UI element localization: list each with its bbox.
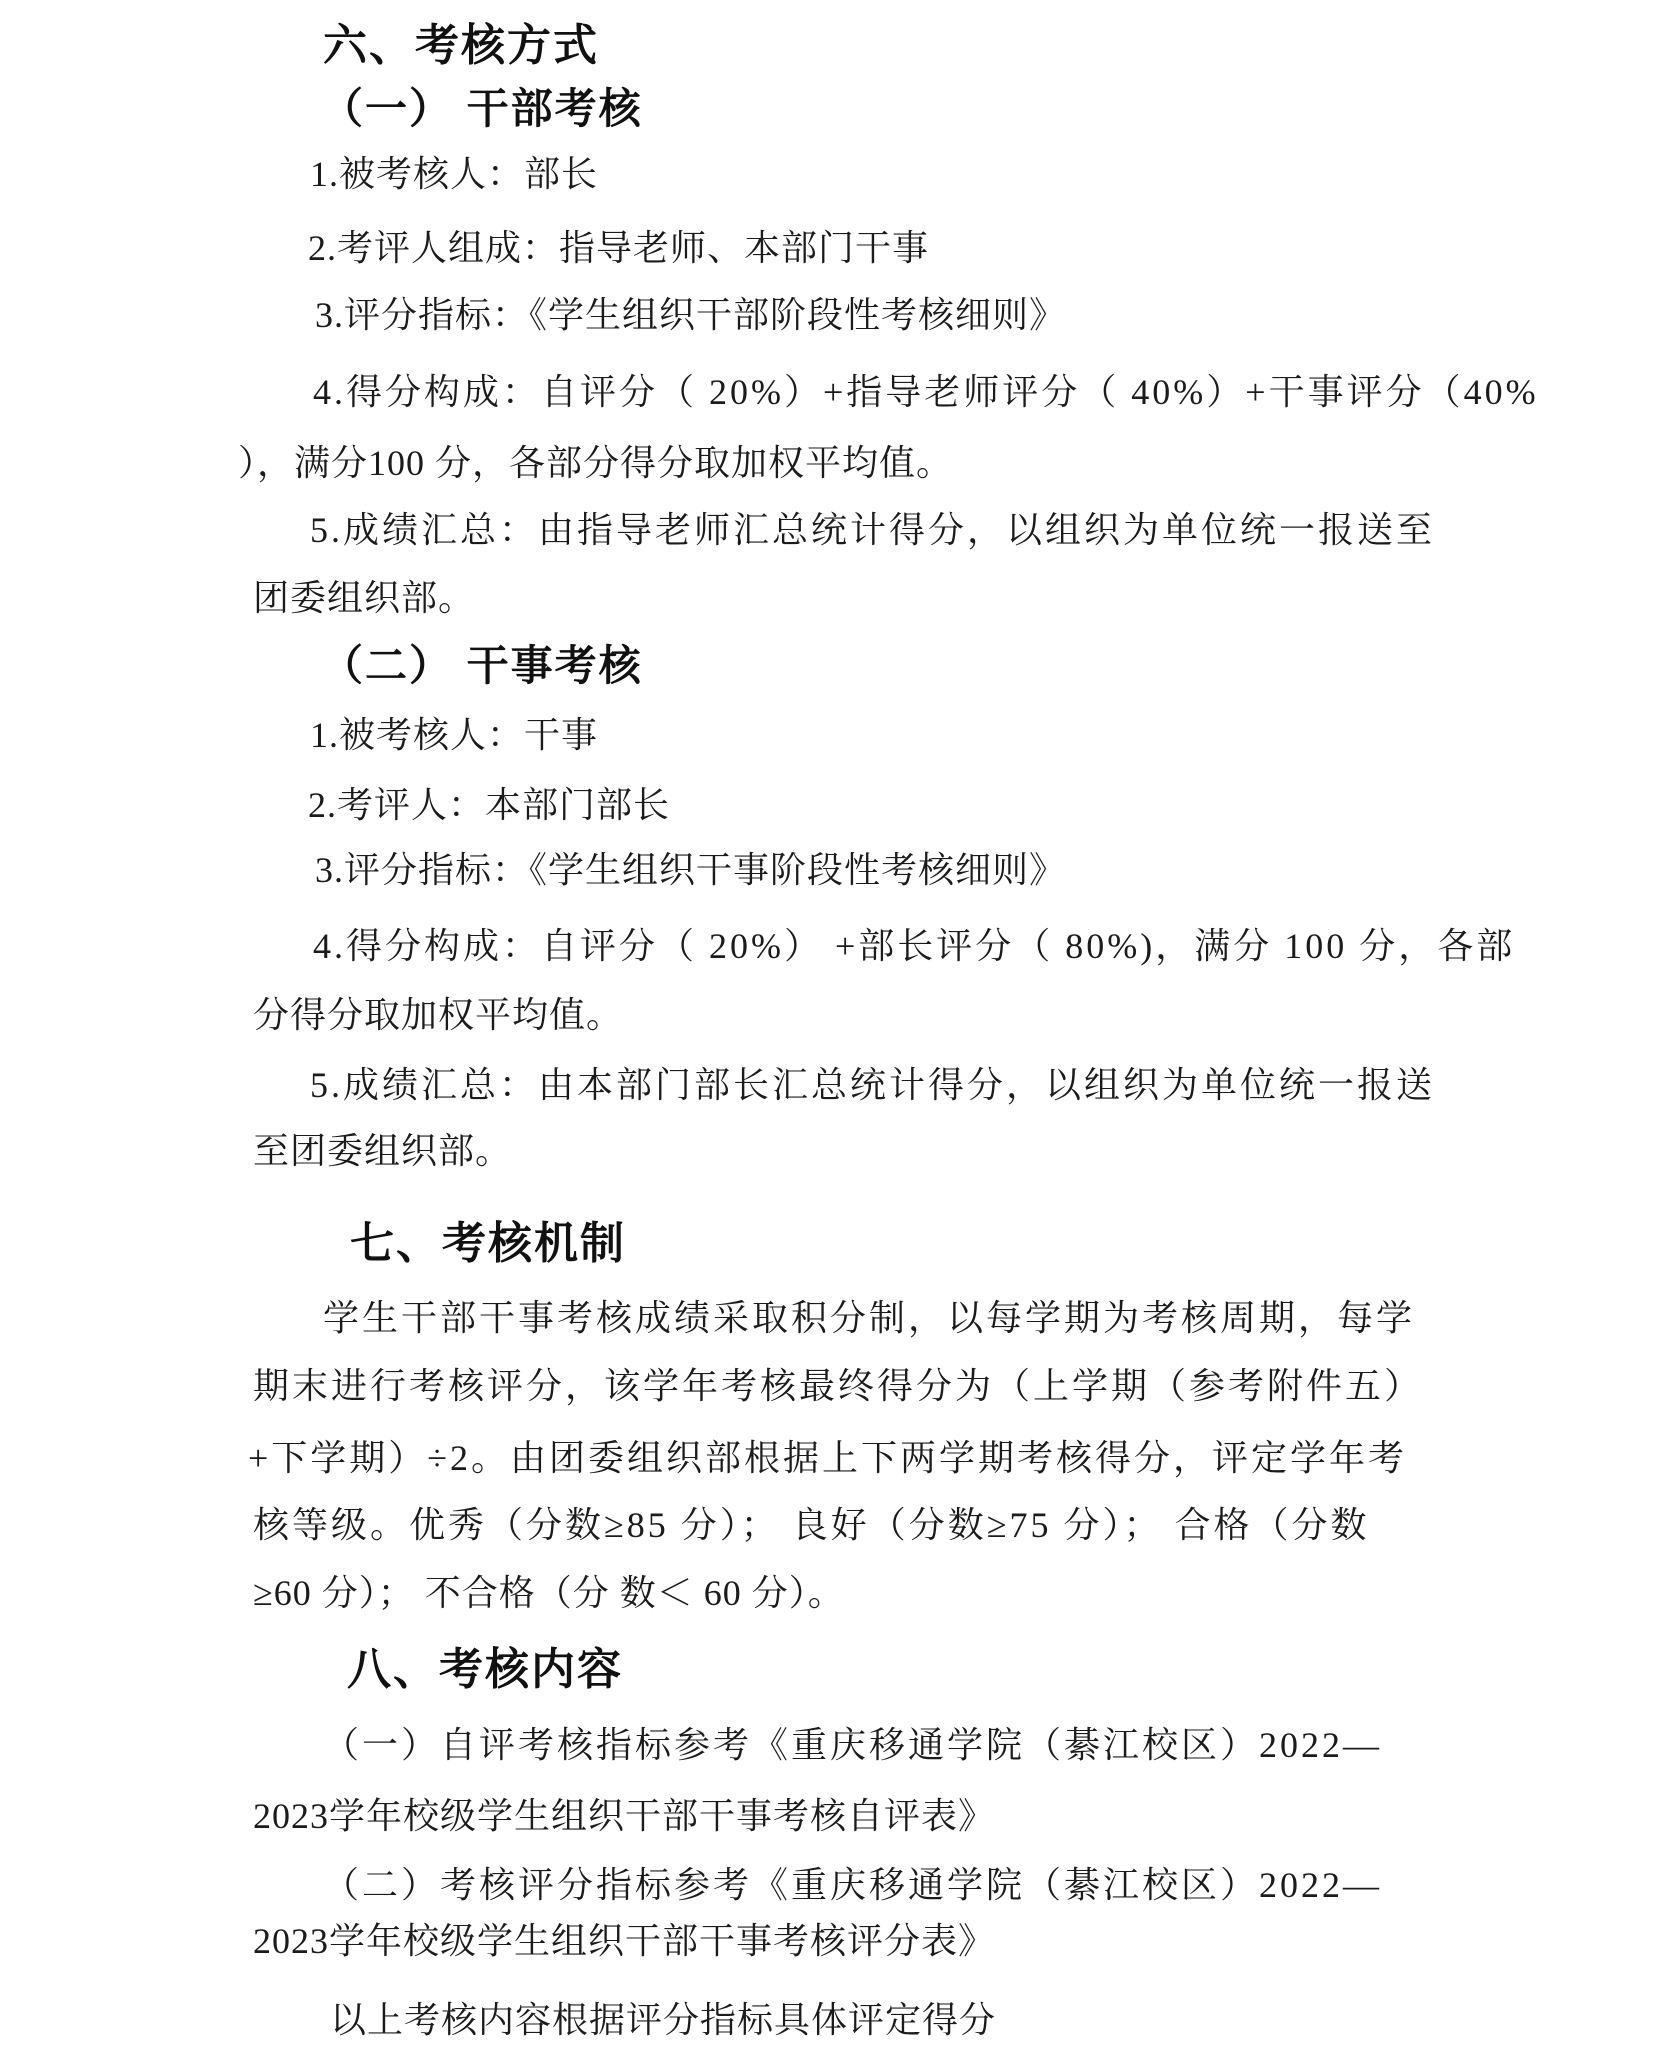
mechanism-para-line-1: 学生干部干事考核成绩采取积分制，以每学期为考核周期，每学 bbox=[323, 1296, 1415, 1341]
mechanism-para-line-3: +下学期）÷2。由团委组织部根据上下两学期考核得分，评定学年考 bbox=[248, 1436, 1407, 1481]
staff-item-2: 2.考评人：本部门部长 bbox=[308, 783, 670, 828]
cadre-item-2: 2.考评人组成：指导老师、本部门干事 bbox=[308, 226, 929, 271]
cadre-item-5-line-1: 5.成绩汇总：由指导老师汇总统计得分，以组织为单位统一报送至 bbox=[310, 508, 1435, 553]
staff-item-1: 1.被考核人：干事 bbox=[310, 713, 598, 758]
content-item-1-line-1: （一）自评考核指标参考《重庆移通学院（綦江校区）2022— bbox=[323, 1723, 1382, 1768]
section-8-heading: 八、考核内容 bbox=[347, 1642, 623, 1697]
section-6-sub-1-heading: （一） 干部考核 bbox=[321, 83, 643, 136]
cadre-item-5-line-2: 团委组织部。 bbox=[253, 576, 475, 621]
staff-item-4-line-2: 分得分取加权平均值。 bbox=[253, 993, 623, 1038]
cadre-item-4-line-2: ），满分100 分，各部分得分取加权平均值。 bbox=[238, 441, 953, 486]
staff-item-4-line-1: 4.得分构成：自评分（ 20%） +部长评分（ 80%)，满分 100 分，各部 bbox=[313, 924, 1515, 969]
content-item-1-line-2: 2023学年校级学生组织干部干事考核自评表》 bbox=[253, 1794, 995, 1839]
cadre-item-4-line-1: 4.得分构成：自评分（ 20%）+指导老师评分（ 40%）+干事评分（40% bbox=[313, 370, 1539, 415]
mechanism-para-line-4: 核等级。优秀（分数≥85 分）； 良好（分数≥75 分）； 合格（分数 bbox=[253, 1503, 1370, 1548]
mechanism-para-line-2: 期末进行考核评分，该学年考核最终得分为（上学期（参考附件五） bbox=[253, 1364, 1423, 1409]
staff-item-5-line-1: 5.成绩汇总：由本部门部长汇总统计得分，以组织为单位统一报送 bbox=[310, 1063, 1435, 1108]
section-6-heading: 六、考核方式 bbox=[323, 18, 599, 73]
document-page: 六、考核方式 （一） 干部考核 1.被考核人：部长 2.考评人组成：指导老师、本… bbox=[0, 0, 1654, 2053]
staff-item-3: 3.评分指标：《学生组织干事阶段性考核细则》 bbox=[315, 848, 1066, 893]
content-closing-line: 以上考核内容根据评分指标具体评定得分 bbox=[330, 1998, 996, 2043]
cadre-item-1: 1.被考核人：部长 bbox=[310, 152, 598, 197]
mechanism-para-line-5: ≥60 分）； 不合格（分 数＜ 60 分）。 bbox=[253, 1571, 845, 1616]
content-item-2-line-2: 2023学年校级学生组织干部干事考核评分表》 bbox=[253, 1919, 995, 1964]
staff-item-5-line-2: 至团委组织部。 bbox=[253, 1129, 512, 1174]
cadre-item-3: 3.评分指标：《学生组织干部阶段性考核细则》 bbox=[315, 293, 1066, 338]
section-7-heading: 七、考核机制 bbox=[350, 1216, 626, 1271]
section-6-sub-2-heading: （二） 干事考核 bbox=[321, 640, 643, 693]
content-item-2-line-1: （二）考核评分指标参考《重庆移通学院（綦江校区）2022— bbox=[323, 1863, 1382, 1908]
